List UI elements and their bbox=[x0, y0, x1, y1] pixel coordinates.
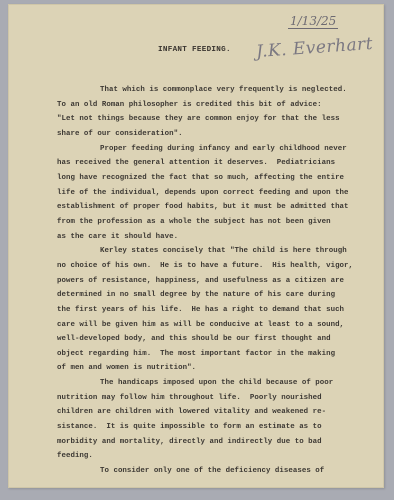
text-line: nutrition may follow him throughout life… bbox=[57, 391, 387, 406]
text-line: care will be given him as will be conduc… bbox=[57, 318, 387, 333]
text-line: no choice of his own. He is to have a fu… bbox=[57, 259, 387, 274]
text-line: That which is commonplace very frequentl… bbox=[57, 83, 387, 98]
document-body: That which is commonplace very frequentl… bbox=[57, 83, 387, 479]
text-line: long have recognized the fact that so mu… bbox=[57, 171, 387, 186]
handwritten-date: 1/13/25 bbox=[288, 14, 338, 29]
text-line: morbidity and mortality, directly and in… bbox=[57, 435, 387, 450]
text-line: feeding. bbox=[57, 449, 387, 464]
text-line: of men and women is nutrition". bbox=[57, 361, 387, 376]
text-line: "Let not things because they are common … bbox=[57, 112, 387, 127]
text-line: sistance. It is quite impossible to form… bbox=[57, 420, 387, 435]
text-line: establishment of proper food habits, but… bbox=[57, 200, 387, 215]
text-line: object regarding him. The most important… bbox=[57, 347, 387, 362]
text-line: Kerley states concisely that "The child … bbox=[57, 244, 387, 259]
text-line: determined in no small degree by the nat… bbox=[57, 288, 387, 303]
text-line: children are children with lowered vital… bbox=[57, 405, 387, 420]
handwritten-signature: J.K. Everhart bbox=[255, 34, 373, 62]
text-line: the first years of his life. He has a ri… bbox=[57, 303, 387, 318]
text-line: has received the general attention it de… bbox=[57, 156, 387, 171]
text-line: powers of resistance, happiness, and use… bbox=[57, 274, 387, 289]
text-line: share of our consideration". bbox=[57, 127, 387, 142]
text-line: from the profession as a whole the subje… bbox=[57, 215, 387, 230]
text-line: well-developed body, and this should be … bbox=[57, 332, 387, 347]
text-line: as the care it should have. bbox=[57, 230, 387, 245]
typewritten-page: 1/13/25 INFANT FEEDING. J.K. Everhart Th… bbox=[8, 4, 384, 488]
text-line: life of the individual, depends upon cor… bbox=[57, 186, 387, 201]
document-title: INFANT FEEDING. bbox=[158, 46, 231, 54]
text-line: Proper feeding during infancy and early … bbox=[57, 142, 387, 157]
text-line: To an old Roman philosopher is credited … bbox=[57, 98, 387, 113]
text-line: The handicaps imposed upon the child bec… bbox=[57, 376, 387, 391]
text-line: To consider only one of the deficiency d… bbox=[57, 464, 387, 479]
